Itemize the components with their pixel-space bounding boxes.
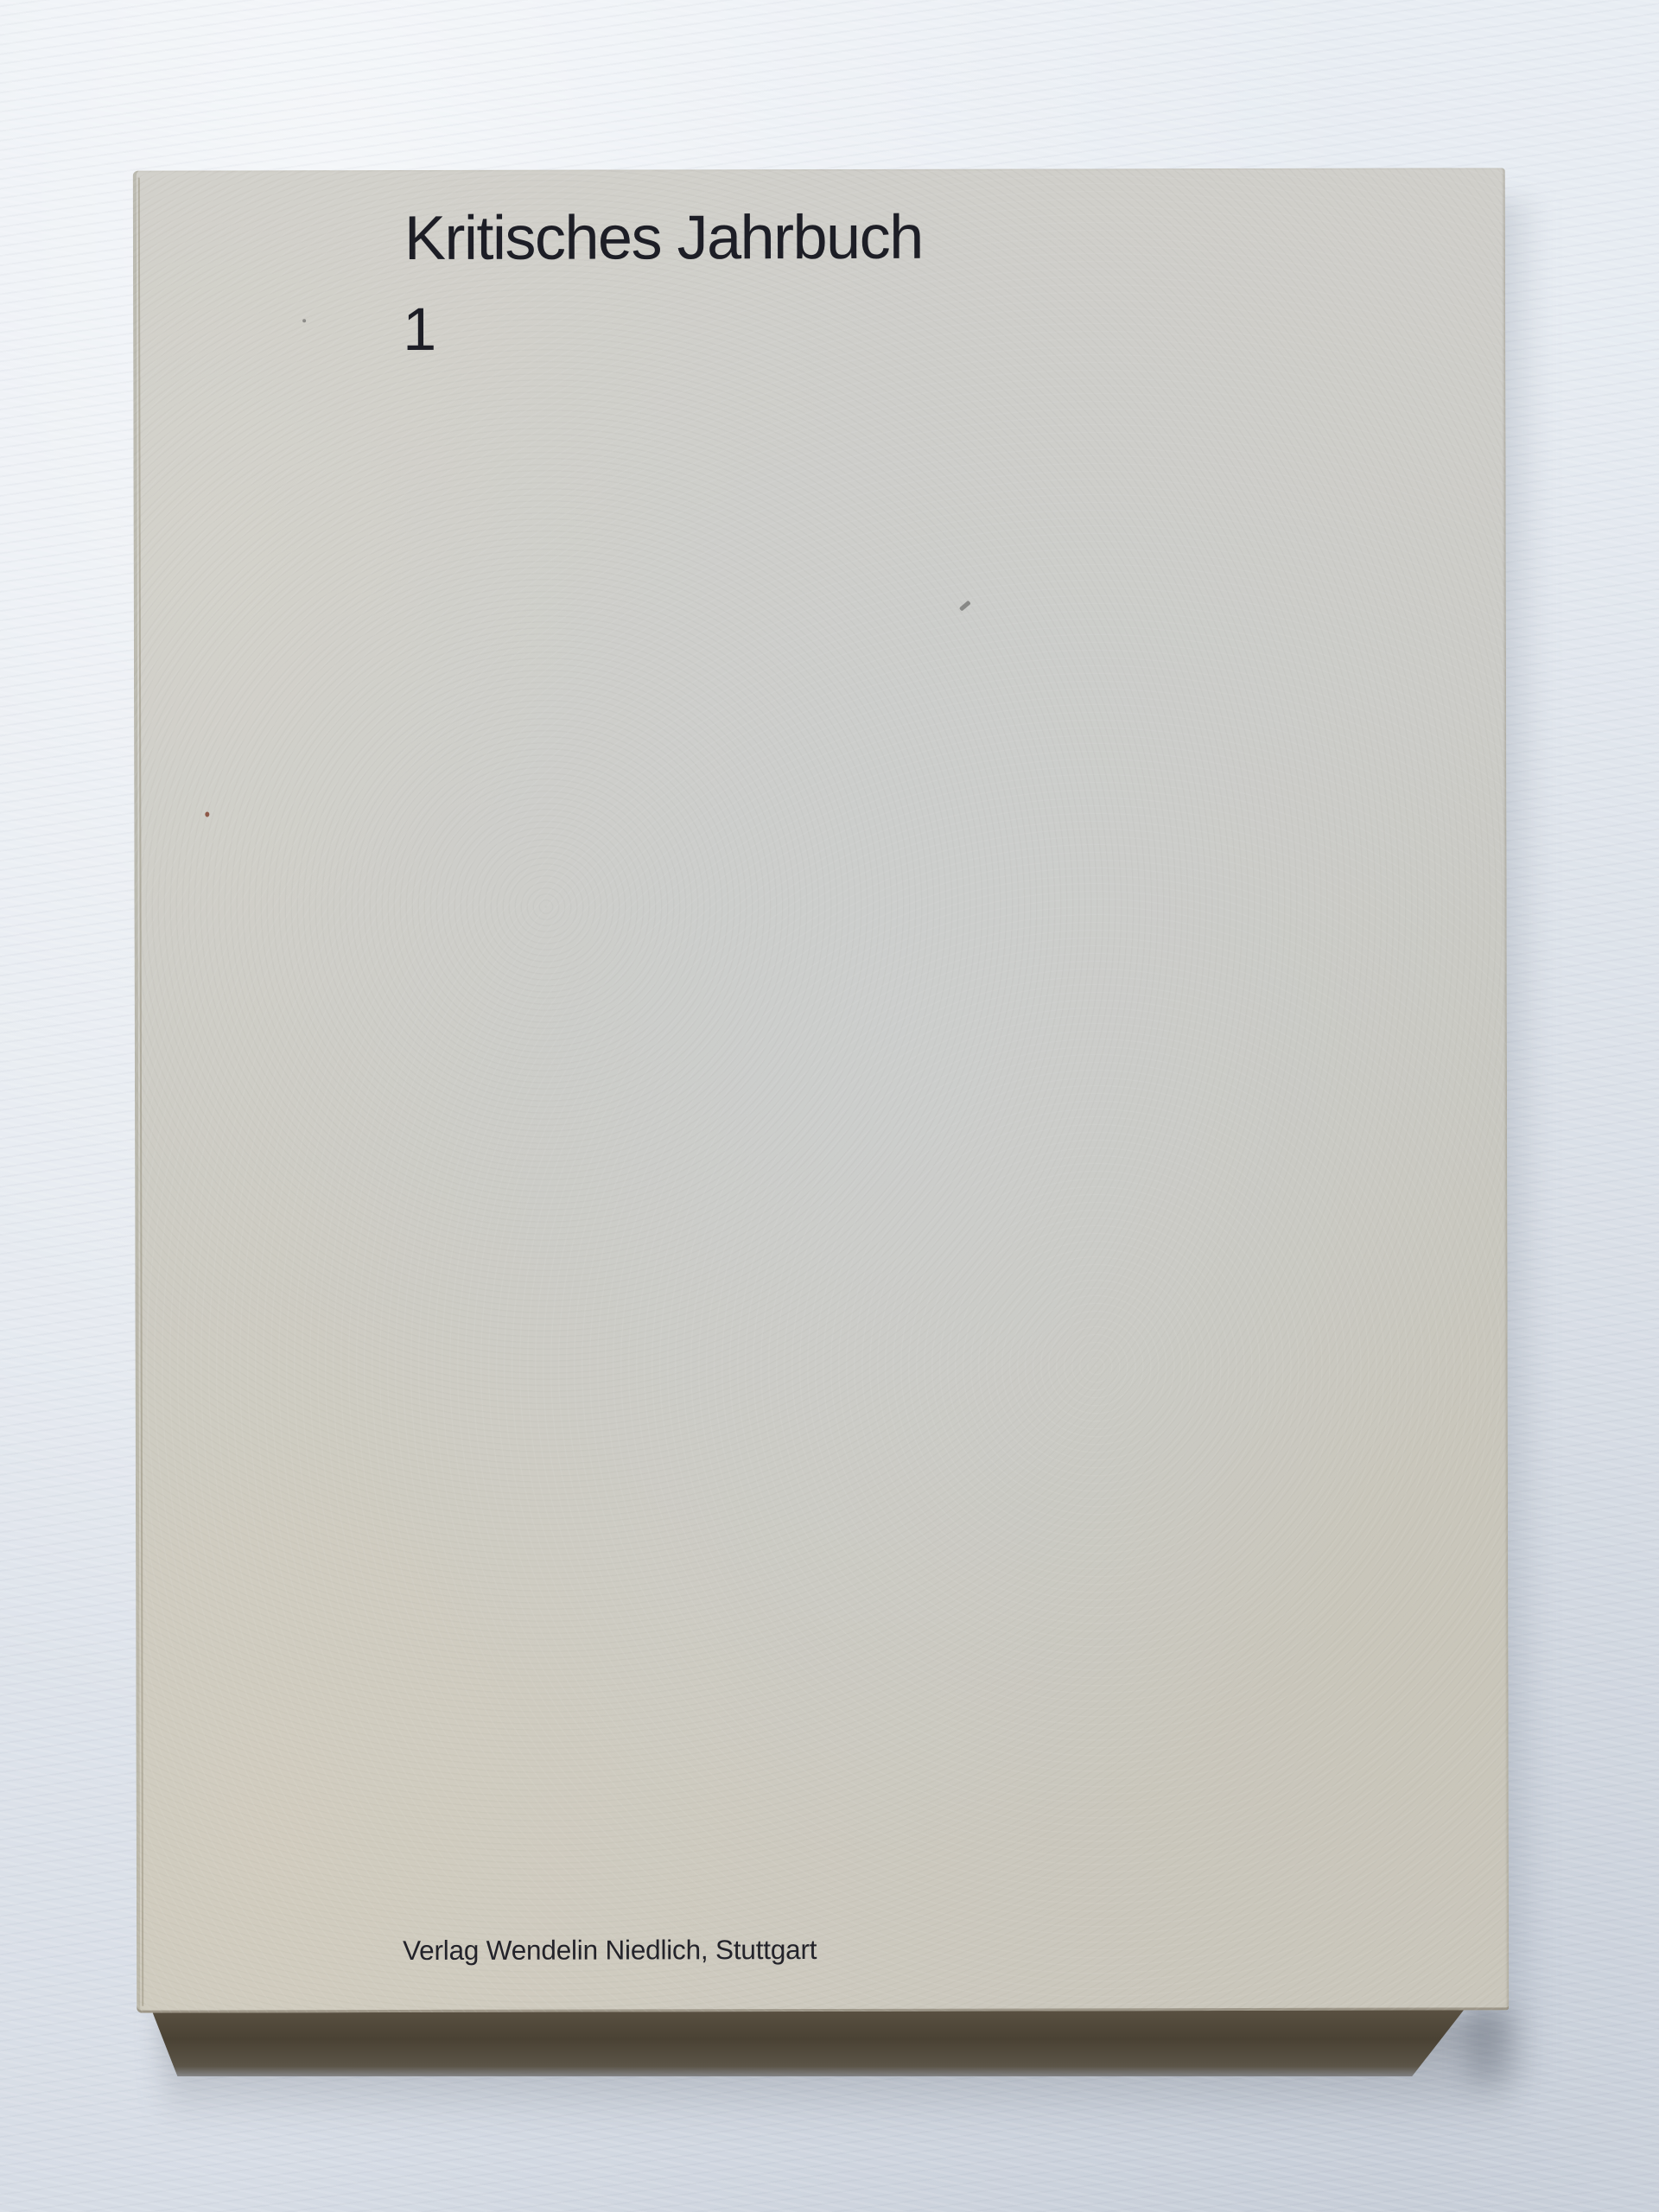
cover-blemish [205, 811, 209, 817]
volume-number: 1 [403, 295, 436, 364]
cover-blemish [959, 601, 971, 612]
publisher-imprint: Verlag Wendelin Niedlich, Stuttgart [403, 1932, 817, 1967]
book-title: Kritisches Jahrbuch [404, 203, 923, 273]
paper-grain [133, 168, 1509, 2012]
spine-hinge [138, 178, 143, 2006]
cover-blemish [302, 319, 306, 322]
book-bottom-edge [151, 2009, 1465, 2076]
book-cover: Kritisches Jahrbuch 1 Verlag Wendelin Ni… [133, 168, 1509, 2012]
